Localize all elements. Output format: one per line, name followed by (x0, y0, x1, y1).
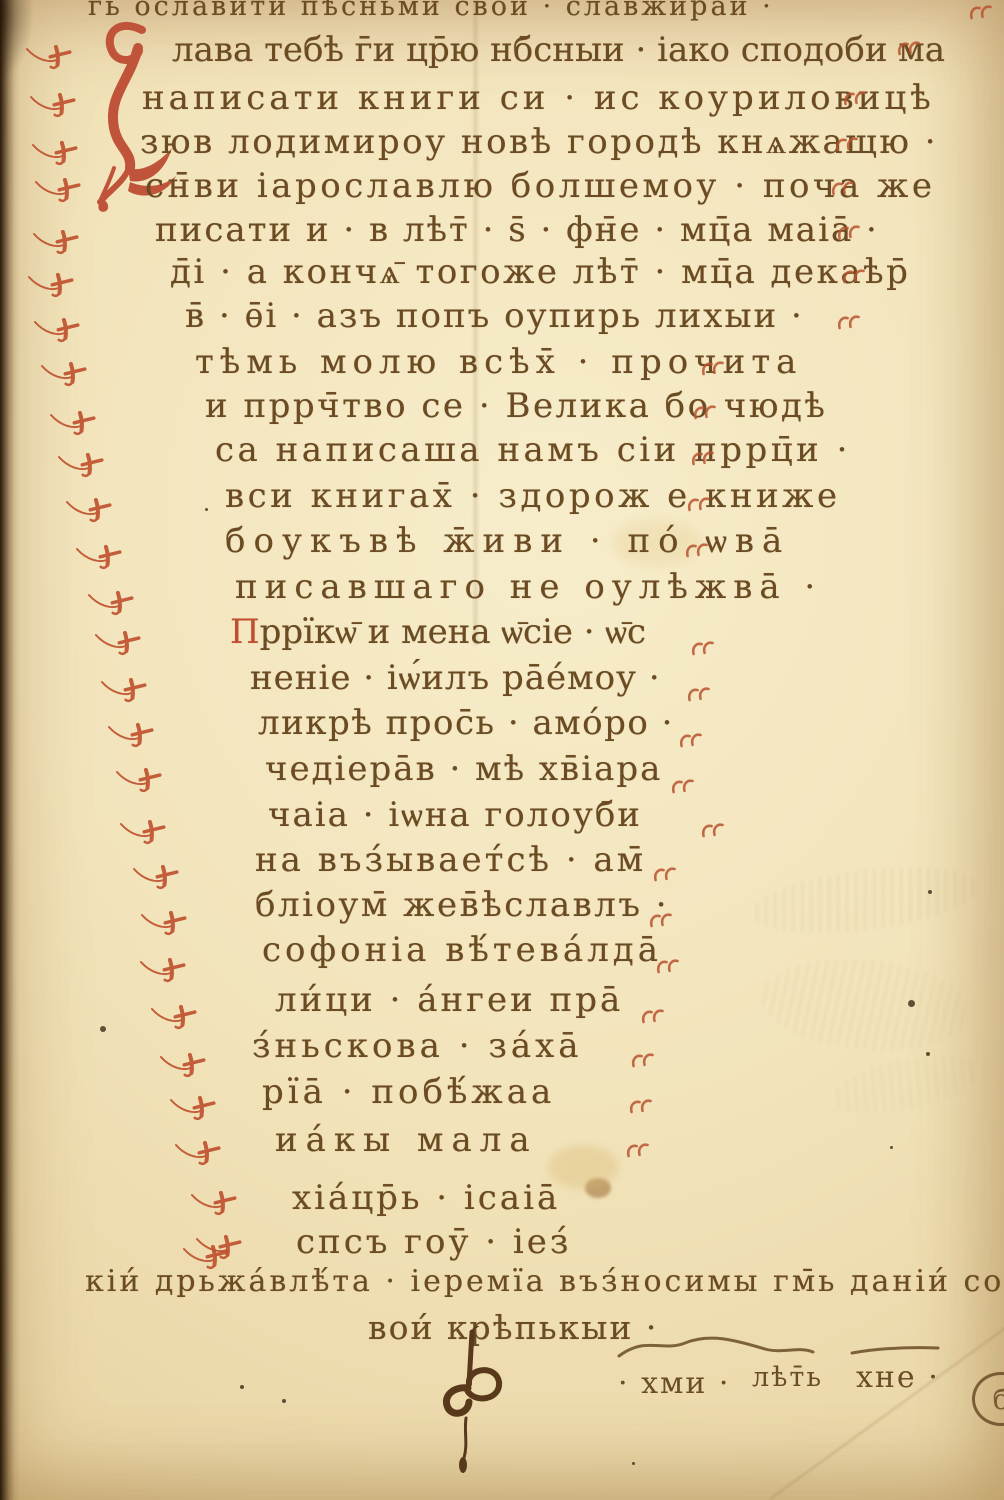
manuscript-line: софоніа вѣ́тева́лда̄ (262, 930, 662, 970)
ink-speck (205, 508, 208, 511)
line-text: ликрѣ прос̄ь · амо́ро · (258, 703, 674, 743)
margin-cross-mark (138, 950, 188, 986)
line-text: и пррч̄тво се · Велика бо чюдѣ (205, 386, 827, 426)
line-text: бліоум̄ жев̄ѣславлъ · (255, 885, 669, 925)
manuscript-line: Пррїкѡ̄ и мена ѡ̄сіе · ѡ̄с (230, 612, 646, 652)
margin-cross-mark (33, 170, 83, 206)
manuscript-line: вси книгах̄ · здорож е книже (225, 476, 841, 516)
margin-cross-mark (31, 222, 81, 258)
flourish-squiggle (615, 1334, 820, 1362)
line-text: чедіера̄в · мѣ хв̄іара (265, 749, 662, 789)
line-text: вси книгах̄ · здорож е книже (225, 476, 841, 516)
manuscript-line: чаіа · іѡна голоуб̄и (268, 795, 642, 835)
ink-speck (908, 1000, 915, 1007)
line-text: чаіа · іѡна голоуб̄и (268, 795, 642, 835)
manuscript-line: на въз́ывает́сѣ · ам̄ (255, 840, 646, 880)
showthrough-text (747, 856, 983, 944)
margin-hook-mark (841, 89, 869, 108)
margin-cross-mark (118, 812, 168, 848)
margin-hook-mark (835, 223, 863, 242)
manuscript-line: в̄ · ѳ̄і · азъ попъ оупирь лихыи · (185, 296, 804, 336)
manuscript-line: з́ньскова · за́ха̄ (252, 1026, 583, 1066)
line-text: з́ньскова · за́ха̄ (252, 1026, 583, 1066)
circled-letter: б (972, 1372, 1004, 1426)
margin-cross-mark (106, 715, 156, 751)
manuscript-line: чедіера̄в · мѣ хв̄іара (265, 749, 662, 789)
manuscript-line: хіа́цр̄ь · ісаіа̄ (292, 1178, 560, 1218)
margin-cross-mark (189, 1183, 239, 1219)
margin-hook-mark (691, 403, 719, 422)
margin-cross-mark (39, 354, 89, 390)
ink-speck (890, 1146, 893, 1149)
margin-cross-mark (24, 37, 74, 73)
ink-speck (240, 1385, 244, 1389)
line-text: писавшаго не оулѣжва̄ · (235, 567, 822, 607)
manuscript-line: написати книги си · ис коуриловицѣ (142, 78, 935, 118)
ink-speck (928, 890, 932, 894)
margin-hook-mark (699, 821, 727, 840)
margin-cross-mark (74, 537, 124, 573)
ink-speck (926, 1052, 930, 1056)
manuscript-line: сн̄ви іарославлю болшемоу · поча же (145, 166, 935, 206)
manuscript-line: писати и · в лѣт̄ · ѕ̄ · фн̄е · мц̄а маі… (155, 210, 879, 250)
margin-cross-mark (86, 583, 136, 619)
margin-cross-mark (158, 1045, 208, 1081)
showthrough-text (756, 951, 973, 1059)
margin-cross-mark (26, 265, 76, 301)
manuscript-line: лава тебѣ г̄и цр̄ю нб̄сныи · іако сподоб… (172, 30, 945, 70)
ink-speck (282, 1399, 286, 1403)
margin-hook-mark (689, 639, 717, 658)
margin-hook-mark (895, 39, 923, 58)
manuscript-line: д̄і · а кончѧ̄ тогоже лѣт̄ · мц̄а декаѣр… (170, 252, 910, 292)
manuscript-line: писавшаго не оулѣжва̄ · (235, 567, 822, 607)
margin-cross-mark (131, 857, 181, 893)
margin-hook-mark (647, 911, 675, 930)
titlo-line (850, 1344, 942, 1356)
margin-hook-mark (669, 777, 697, 796)
margin-hook-mark (689, 449, 717, 468)
margin-cross-mark (114, 760, 164, 796)
line-text: писати и · в лѣт̄ · ѕ̄ · фн̄е · мц̄а маі… (155, 210, 879, 250)
margin-hook-mark (677, 731, 705, 750)
circled-letter-glyph: б (993, 1383, 1004, 1416)
line-text: в̄ · ѳ̄і · азъ попъ оупирь лихыи · (185, 296, 804, 336)
margin-hook-mark (685, 495, 713, 514)
manuscript-line: зюв лодимироу новѣ городѣ кнѧжащю · (140, 122, 938, 162)
line-text: лава тебѣ г̄и цр̄ю нб̄сныи · іако сподоб… (172, 30, 945, 70)
margin-cross-mark (30, 133, 80, 169)
manuscript-line: ли́ци · а́нгеи пра̄ (275, 980, 623, 1020)
margin-hook-mark (699, 359, 727, 378)
margin-hook-mark (840, 267, 868, 286)
line-text: на въз́ывает́сѣ · ам̄ (255, 840, 646, 880)
margin-hook-mark (829, 179, 857, 198)
line-text: написати книги си · ис коуриловицѣ (142, 78, 935, 118)
ink-speck (100, 1026, 106, 1032)
rubric-initial: П (230, 612, 260, 652)
manuscript-line: кіи́ дрьжа́влѣ́та · іеремїа въз́носимы г… (85, 1264, 1004, 1299)
line-text: ли́ци · а́нгеи пра̄ (275, 980, 623, 1020)
margin-cross-mark (56, 445, 106, 481)
margin-hook-mark (835, 313, 863, 332)
manuscript-line: гь ославити пѣсньми свои · славжираи · (88, 0, 774, 22)
margin-cross-mark (64, 490, 114, 526)
manuscript-line: ликрѣ прос̄ь · амо́ро · (258, 703, 674, 743)
line-text: зюв лодимироу новѣ городѣ кнѧжащю · (140, 122, 938, 162)
margin-hook-mark (685, 685, 713, 704)
margin-cross-mark (173, 1133, 223, 1169)
line-text: д̄і · а кончѧ̄ тогоже лѣт̄ · мц̄а декаѣр… (170, 252, 910, 292)
line-text: рїа̄ · побѣ́жаа (262, 1072, 555, 1112)
margin-cross-mark (48, 403, 98, 439)
margin-cross-mark (139, 903, 189, 939)
margin-hook-mark (627, 1097, 655, 1116)
margin-cross-mark (181, 1237, 231, 1273)
margin-hook-mark (651, 865, 679, 884)
line-text: ррїкѡ̄ и мена ѡ̄сіе · ѡ̄с (260, 612, 646, 652)
line-text: са написаша намъ сіи пррц̄и · (215, 430, 851, 470)
manuscript-line: рїа̄ · побѣ́жаа (262, 1072, 555, 1112)
margin-hook-mark (654, 957, 682, 976)
line-text: спсъ гоӯ · іез́ (296, 1222, 571, 1262)
margin-cross-mark (168, 1088, 218, 1124)
showthrough-text (826, 1045, 983, 1125)
manuscript-line: иа́кы мала (275, 1120, 538, 1160)
margin-cross-mark (28, 85, 78, 121)
margin-hook-mark (833, 135, 861, 154)
margin-hook-mark (624, 1141, 652, 1160)
line-text: неніе · іѡ́илъ ра̄е́моу · (250, 658, 661, 698)
manuscript-line: са написаша намъ сіи пррц̄и · (215, 430, 851, 470)
margin-hook-mark (967, 3, 995, 22)
marginal-note: лѣт̄ь (752, 1362, 823, 1393)
binding-edge (0, 0, 20, 1500)
margin-hook-mark (639, 1007, 667, 1026)
line-text: кіи́ дрьжа́влѣ́та · іеремїа въз́носимы г… (85, 1264, 1004, 1299)
line-text: хіа́цр̄ь · ісаіа̄ (292, 1178, 560, 1218)
line-text: софоніа вѣ́тева́лда̄ (262, 930, 662, 970)
margin-hook-mark (683, 541, 711, 560)
pen-flourish (438, 1326, 518, 1476)
manuscript-page: гь ославити пѣсньми свои · славжираи ·ла… (0, 0, 1004, 1500)
manuscript-line: и пррч̄тво се · Велика бо чюдѣ (205, 386, 827, 426)
margin-cross-mark (93, 623, 143, 659)
margin-hook-mark (629, 1051, 657, 1070)
marginal-note: · хми · (618, 1366, 730, 1401)
line-text: гь ославити пѣсньми свои · славжираи · (88, 0, 774, 22)
line-text: иа́кы мала (275, 1120, 538, 1160)
marginal-note: хне · (856, 1360, 940, 1395)
ink-speck (632, 1462, 635, 1465)
margin-cross-mark (149, 997, 199, 1033)
margin-cross-mark (99, 670, 149, 706)
line-text: сн̄ви іарославлю болшемоу · поча же (145, 166, 935, 206)
margin-cross-mark (32, 310, 82, 346)
manuscript-line: неніе · іѡ́илъ ра̄е́моу · (250, 658, 661, 698)
manuscript-line: спсъ гоӯ · іез́ (296, 1222, 571, 1262)
manuscript-line: бліоум̄ жев̄ѣславлъ · (255, 885, 669, 925)
